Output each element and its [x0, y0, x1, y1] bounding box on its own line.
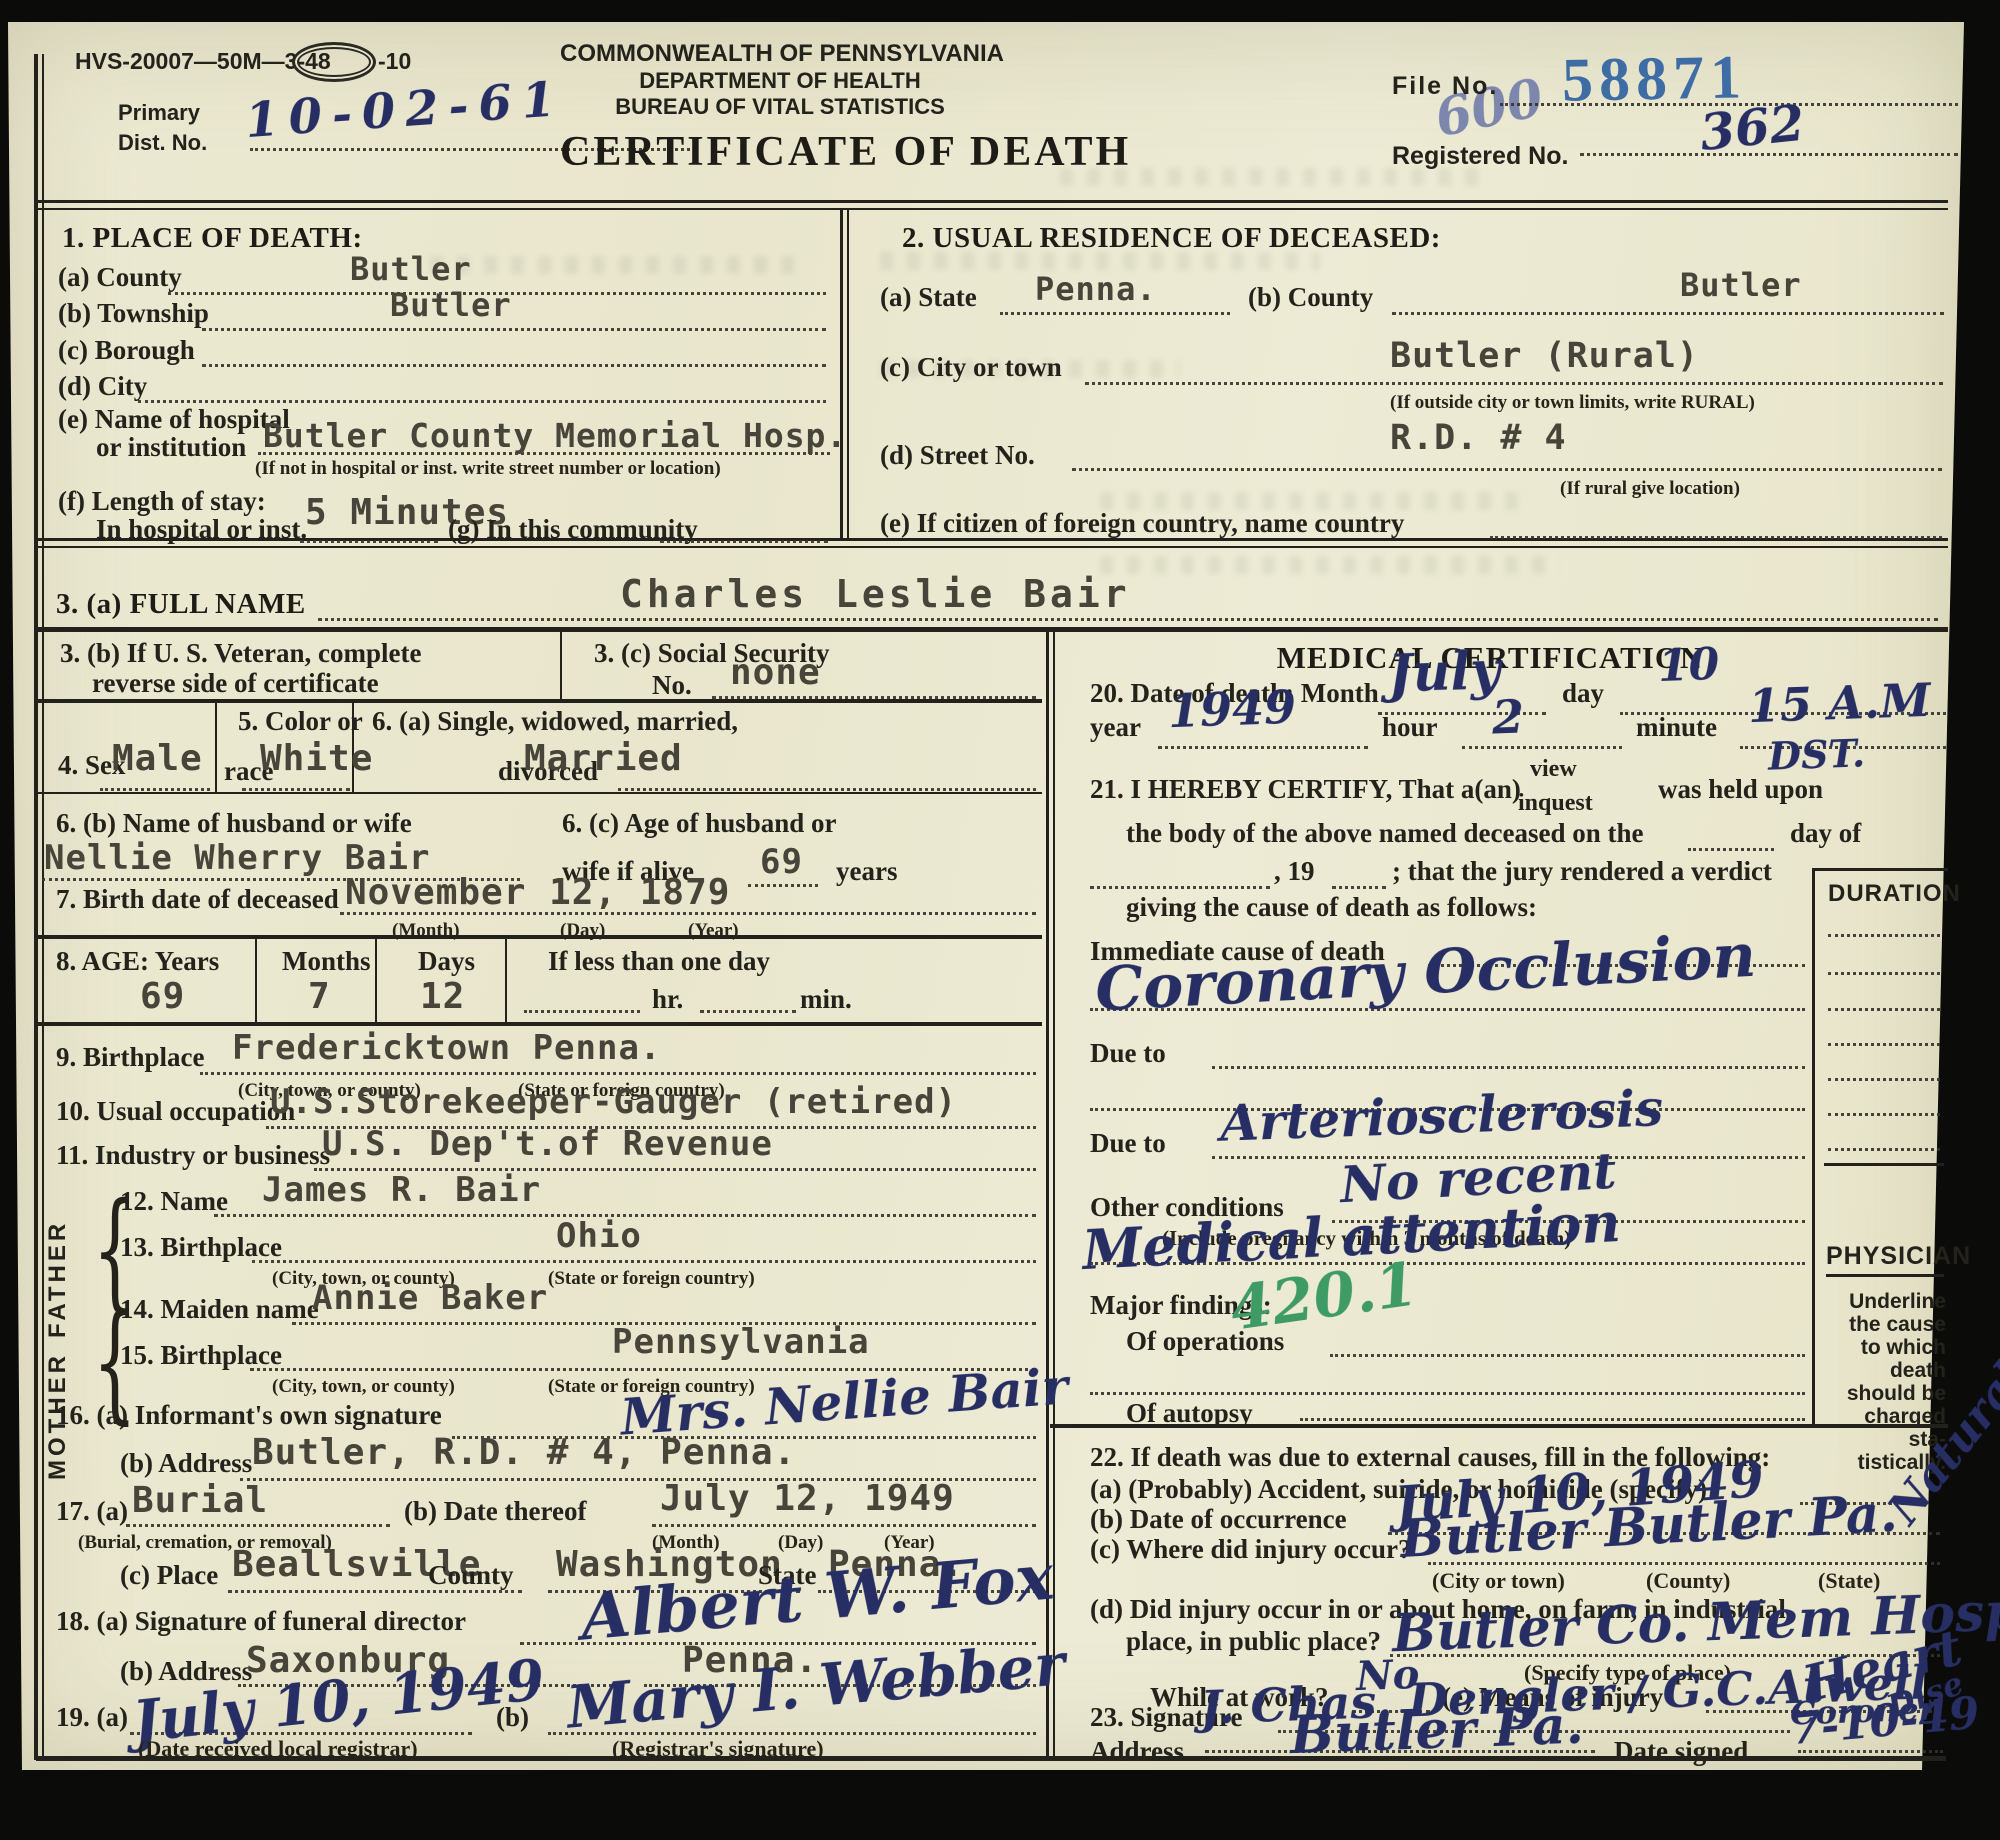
rule-age-top: [36, 935, 1042, 939]
certify-text-1: 21. I HEREBY CERTIFY, That a(an): [1090, 774, 1521, 805]
divider-age-2: [375, 939, 377, 1022]
autopsy-label: Of autopsy: [1126, 1398, 1253, 1429]
res-county-value: Butler: [1680, 266, 1802, 304]
physician-underline: [1826, 1274, 1944, 1277]
department-line: DEPARTMENT OF HEALTH: [560, 68, 1000, 94]
registered-no-label: Registered No.: [1392, 142, 1568, 171]
race-line: [242, 788, 350, 791]
res-city-label: (c) City or town: [880, 352, 1062, 383]
divider-veteran-ssn: [560, 632, 562, 699]
father-bp-note-state: (State or foreign country): [548, 1268, 755, 1290]
mother-maiden-value: Annie Baker: [312, 1278, 548, 1318]
external-b-label: (b) Date of occurrence: [1090, 1504, 1347, 1535]
duration-box-top: [1812, 868, 1948, 871]
rule-header-b: [36, 208, 1948, 210]
death-day-label: day: [1562, 678, 1604, 709]
age-min-line: [700, 1010, 796, 1013]
coroner-addr-label: Address: [1090, 1736, 1184, 1767]
registered-no-value: 362: [1697, 93, 1807, 163]
res-foreign-label: (e) If citizen of foreign country, name …: [880, 508, 1404, 539]
certify-text-7: giving the cause of death as follows:: [1126, 892, 1537, 923]
funeral-sig-label: 18. (a) Signature of funeral director: [56, 1606, 466, 1637]
township-line: [202, 328, 826, 331]
certify-day-line: [1688, 848, 1774, 851]
registrar-num-label: 19. (a): [56, 1702, 128, 1733]
place-of-death-heading: 1. PLACE OF DEATH:: [62, 222, 363, 255]
res-foreign-line: [1490, 536, 1942, 539]
certify-text-4: day of: [1790, 818, 1861, 849]
primary-dist-label-2: Dist. No.: [118, 130, 207, 156]
age-less-label: If less than one day: [548, 946, 770, 977]
left-border-inner: [42, 54, 44, 1760]
divider-sec1-2-b: [847, 208, 849, 540]
duration-line-5: [1828, 1078, 1940, 1081]
rule-veteran: [36, 627, 1948, 632]
birthplace-line: [200, 1072, 1036, 1075]
marital-line: [618, 788, 1036, 791]
city-line: [138, 400, 826, 403]
burial-date-line: [652, 1524, 1036, 1527]
certify-text-6: ; that the jury rendered a verdict: [1392, 856, 1772, 887]
age-min-label: min.: [800, 984, 852, 1015]
birthdate-month-note: (Month): [392, 920, 460, 942]
death-month-value: July: [1387, 640, 1501, 705]
death-day-value: 10: [1657, 639, 1720, 692]
color-value: White: [260, 738, 373, 779]
bleed-through-text: [430, 256, 800, 274]
operations-line: [1330, 1354, 1805, 1357]
borough-line: [202, 364, 826, 367]
external-c-label: (c) Where did injury occur?: [1090, 1534, 1411, 1565]
bleed-through-text: [1100, 556, 1560, 574]
spouse-label: 6. (b) Name of husband or wife: [56, 808, 412, 839]
occupation-label: 10. Usual occupation: [56, 1096, 295, 1127]
rule-fullname-b: [36, 546, 1948, 548]
birthplace-value: Fredericktown Penna.: [232, 1028, 661, 1068]
coroner-addr-value: Butler Pa.: [1289, 1695, 1585, 1766]
borough-label: (c) Borough: [58, 335, 195, 366]
primary-dist-label-1: Primary: [118, 100, 200, 126]
father-birthplace-label: 13. Birthplace: [120, 1232, 282, 1263]
father-name-label: 12. Name: [120, 1186, 228, 1217]
spouse-age-line: [748, 884, 818, 887]
certify-text-5: , 19: [1274, 856, 1315, 887]
sex-line: [100, 788, 210, 791]
birthdate-label: 7. Birth date of deceased: [56, 884, 339, 915]
due-to-1-line: [1212, 1066, 1805, 1069]
mother-birthplace-value: Pennsylvania: [612, 1322, 870, 1362]
father-sidebar-label: FATHER: [44, 1188, 72, 1338]
burial-day-note: (Day): [778, 1532, 823, 1554]
certify-view-word: view: [1530, 756, 1577, 783]
marital-label: 6. (a) Single, widowed, married,: [372, 706, 738, 737]
trade-council-seal-icon: [292, 42, 376, 82]
death-minute-value: 15 A.M: [1747, 673, 1931, 733]
external-d-label-2: place, in public place?: [1126, 1626, 1381, 1657]
birthdate-year-note: (Year): [688, 920, 739, 942]
age-days-value: 12: [420, 976, 465, 1017]
rule-header-a: [36, 200, 1948, 203]
burial-date-value: July 12, 1949: [660, 1478, 955, 1519]
duration-divider: [1824, 1163, 1944, 1166]
hospital-label-2: or institution: [96, 432, 246, 463]
spouse-age-value: 69: [760, 842, 803, 882]
burial-num-label: 17. (a): [56, 1496, 128, 1527]
age-hr-label: hr.: [652, 984, 683, 1015]
mother-maiden-label: 14. Maiden name: [120, 1294, 319, 1325]
full-name-value: Charles Leslie Bair: [620, 572, 1131, 616]
bureau-line: BUREAU OF VITAL STATISTICS: [560, 94, 1000, 120]
certify-text-3: the body of the above named deceased on …: [1126, 818, 1644, 849]
death-certificate-scan: HVS-20007—50M—3-48 -10 Primary Dist. No.…: [0, 0, 2000, 1840]
certify-inquest-word: inquest: [1518, 790, 1593, 817]
spouse-age-label-1: 6. (c) Age of husband or: [562, 808, 837, 839]
death-year-value: 1949: [1167, 680, 1297, 738]
death-year-line: [1158, 746, 1368, 749]
birthplace-label: 9. Birthplace: [56, 1042, 205, 1073]
duration-label: DURATION: [1828, 880, 1961, 908]
duration-line-7: [1828, 1148, 1940, 1151]
res-city-value: Butler (Rural): [1390, 336, 1699, 376]
duration-line-3: [1828, 1008, 1940, 1011]
age-label: 8. AGE: Years: [56, 946, 219, 977]
rule-age-bottom: [36, 1022, 1042, 1026]
residence-heading: 2. USUAL RESIDENCE OF DECEASED:: [902, 222, 1441, 255]
death-hour-line: [1462, 746, 1622, 749]
duration-line-4: [1828, 1043, 1940, 1046]
age-days-label: Days: [418, 946, 475, 977]
due-to-1-label: Due to: [1090, 1038, 1166, 1069]
veteran-label-1: 3. (b) If U. S. Veteran, complete: [60, 638, 421, 669]
death-minute-value-2: DST.: [1767, 730, 1866, 778]
certify-text-2: was held upon: [1658, 774, 1823, 805]
duration-line-6: [1828, 1113, 1940, 1116]
external-c-note-county: (County): [1646, 1568, 1730, 1594]
informant-sig-label: 16. (a) Informant's own signature: [56, 1400, 442, 1431]
res-county-line: [1392, 312, 1944, 315]
rule-spouse: [36, 792, 1042, 794]
community-line: [660, 540, 828, 543]
duration-box-left: [1812, 868, 1815, 1424]
full-name-label: 3. (a) FULL NAME: [56, 588, 306, 621]
age-years-value: 69: [140, 976, 185, 1017]
res-city-note: (If outside city or town limits, write R…: [1390, 392, 1755, 414]
industry-label: 11. Industry or business: [56, 1140, 330, 1171]
burial-type-value: Burial: [132, 1480, 268, 1521]
father-name-value: James R. Bair: [262, 1170, 541, 1210]
commonwealth-line: COMMONWEALTH OF PENNSYLVANIA: [560, 40, 1000, 68]
duration-line-1: [1828, 934, 1940, 937]
marital-value: Married: [524, 738, 683, 779]
hospital-value: Butler County Memorial Hosp.: [263, 416, 847, 455]
informant-addr-value: Butler, R.D. # 4, Penna.: [252, 1432, 796, 1473]
death-minute-label: minute: [1636, 712, 1717, 743]
township-value: Butler: [390, 286, 512, 324]
sex-value: Male: [112, 738, 203, 779]
veteran-label-2: reverse side of certificate: [92, 668, 379, 699]
registrar-date-note: (Date received local registrar): [138, 1736, 418, 1762]
stay-label-1: (f) Length of stay:: [58, 486, 266, 517]
findings-gap-line: [1090, 1392, 1805, 1395]
header-agency: COMMONWEALTH OF PENNSYLVANIA DEPARTMENT …: [560, 40, 1000, 120]
age-months-label: Months: [282, 946, 371, 977]
age-hr-line: [524, 1010, 640, 1013]
years-suffix: years: [836, 856, 897, 887]
divider-sec1-2-a: [840, 208, 843, 540]
hospital-note: (If not in hospital or inst. write stree…: [255, 458, 721, 480]
informant-addr-label: (b) Address: [120, 1448, 252, 1479]
burial-type-line: [126, 1524, 390, 1527]
registrar-b-label: (b): [496, 1702, 529, 1733]
due-to-2-label: Due to: [1090, 1128, 1166, 1159]
autopsy-line: [1300, 1418, 1805, 1421]
certify-year-line: [1332, 886, 1386, 889]
left-border-outer: [34, 54, 38, 1760]
divider-sex-color: [215, 703, 217, 792]
industry-value: U.S. Dep't.of Revenue: [322, 1124, 773, 1164]
occupation-value: U.S.Storekeeper-Gauger (retired): [270, 1082, 957, 1122]
death-hour-value: 2: [1491, 689, 1525, 744]
county-label: (a) County: [58, 262, 182, 293]
certify-month-line: [1090, 886, 1270, 889]
mother-bp-note-city: (City, town, or county): [272, 1376, 455, 1398]
father-birthplace-line: [252, 1260, 1036, 1263]
duration-line-2: [1828, 972, 1940, 975]
death-hour-label: hour: [1382, 712, 1438, 743]
file-no-label: File No.: [1392, 72, 1498, 101]
ssn-label-2: No.: [652, 670, 692, 701]
hospital-label-1: (e) Name of hospital: [58, 404, 290, 435]
divider-age-3: [505, 939, 507, 1022]
burial-place-label: (c) Place: [120, 1560, 218, 1591]
birthdate-day-note: (Day): [560, 920, 605, 942]
death-year-label: year: [1090, 712, 1141, 743]
res-street-note: (If rural give location): [1560, 478, 1740, 500]
external-c-note-city: (City or town): [1432, 1568, 1565, 1594]
res-state-line: [1000, 312, 1230, 315]
stay-label-2: In hospital or inst.: [96, 514, 307, 545]
stay-line: [300, 540, 438, 543]
certificate-title: CERTIFICATE OF DEATH: [560, 128, 1000, 176]
form-number-suffix: -10: [378, 48, 411, 75]
res-county-label: (b) County: [1248, 282, 1373, 313]
res-street-label: (d) Street No.: [880, 440, 1035, 471]
full-name-line: [318, 618, 1938, 621]
city-label: (d) City: [58, 371, 147, 402]
date-signed-label: Date signed: [1614, 1736, 1748, 1767]
burial-county-label: County: [428, 1560, 514, 1591]
res-city-line: [1085, 382, 1943, 385]
color-label: 5. Color or: [238, 706, 363, 737]
res-state-value: Penna.: [1035, 270, 1157, 308]
rule-sex: [36, 699, 1042, 703]
age-months-value: 7: [308, 976, 331, 1017]
ssn-line: [712, 696, 1036, 699]
father-birthplace-value: Ohio: [556, 1216, 642, 1256]
county-value: Butler: [350, 250, 472, 288]
burial-date-label: (b) Date thereof: [404, 1496, 586, 1527]
divider-age-1: [255, 939, 257, 1022]
res-street-line: [1072, 468, 1942, 471]
physician-label: PHYSICIAN: [1826, 1242, 1971, 1271]
ssn-value: none: [730, 652, 821, 693]
registrar-sig-note: (Registrar's signature): [612, 1736, 824, 1762]
res-state-label: (a) State: [880, 282, 977, 313]
res-street-value: R.D. # 4: [1390, 418, 1567, 458]
township-label: (b) Township: [58, 298, 209, 329]
birthdate-value: November 12, 1879: [345, 872, 730, 913]
mother-birthplace-label: 15. Birthplace: [120, 1340, 282, 1371]
